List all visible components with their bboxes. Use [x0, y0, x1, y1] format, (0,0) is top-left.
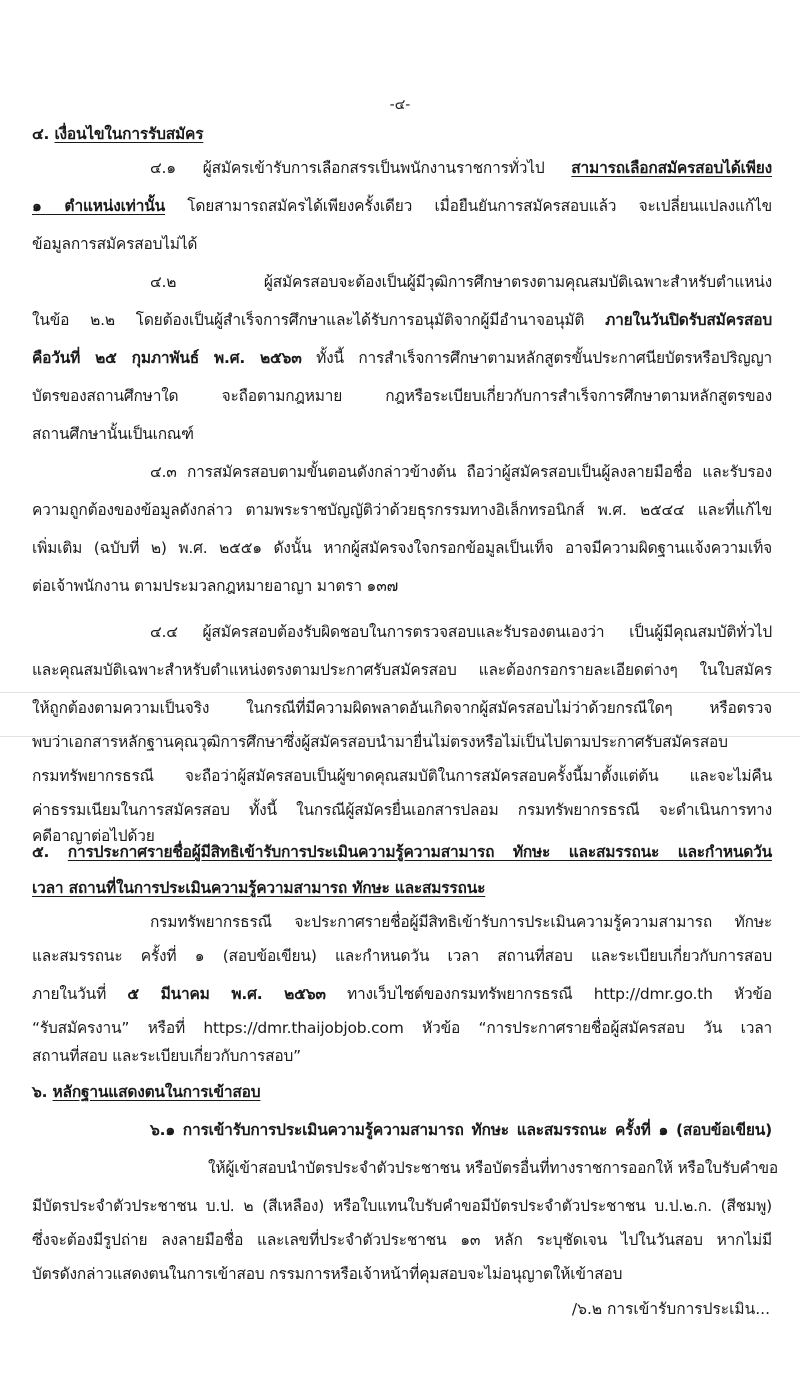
paragraph-6-1-line: บัตรดังกล่าวแสดงตนในการเข้าสอบ กรรมการหร…: [32, 1264, 622, 1284]
section-5-heading: ๕. การประกาศรายชื่อผู้มีสิทธิเข้ารับการป…: [32, 842, 772, 862]
paragraph-4-1-line: ๔.๑ ผู้สมัครเข้ารับการเลือกสรรเป็นพนักงา…: [150, 158, 772, 178]
paragraph-6-1-line: มีบัตรประจำตัวประชาชน บ.ป. ๒ (สีเหลือง) …: [32, 1196, 772, 1216]
paragraph-4-4-line: ค่าธรรมเนียมในการสมัครสอบ ทั้งนี้ ในกรณี…: [32, 800, 772, 820]
text-run: ทั้งนี้ การสำเร็จการศึกษาตามหลักสูตรขั้น…: [302, 349, 772, 367]
document-page: -๔- ๔. เงื่อนไขในการรับสมัคร ๔.๑ ผู้สมัค…: [0, 0, 800, 1389]
paragraph-6-1-line: ให้ผู้เข้าสอบนำบัตรประจำตัวประชาชน หรือบ…: [208, 1158, 772, 1178]
paragraph-4-3-line: ความถูกต้องของข้อมูลดังกล่าว ตามพระราชบั…: [32, 500, 772, 520]
emphasis-text: ๕ มีนาคม พ.ศ. ๒๕๖๓: [127, 985, 325, 1003]
section-6-title: หลักฐานแสดงตนในการเข้าสอบ: [53, 1083, 261, 1101]
paragraph-4-1-line: ข้อมูลการสมัครสอบไม่ได้: [32, 234, 197, 254]
paragraph-4-4-line: และคุณสมบัติเฉพาะสำหรับตำแหน่งตรงตามประก…: [32, 660, 772, 680]
paragraph-4-3-line: เพิ่มเติม (ฉบับที่ ๒) พ.ศ. ๒๕๕๑ ดังนั้น …: [32, 538, 772, 558]
paragraph-4-4-line: พบว่าเอกสารหลักฐานคุณวุฒิการศึกษาซึ่งผู้…: [32, 732, 772, 752]
paragraph-5-line: ภายในวันที่ ๕ มีนาคม พ.ศ. ๒๕๖๓ ทางเว็บไซ…: [32, 984, 772, 1004]
page-number: -๔-: [0, 94, 800, 116]
emphasis-text: คือวันที่ ๒๕ กุมภาพันธ์ พ.ศ. ๒๕๖๓: [32, 349, 302, 367]
paragraph-5-line: และสมรรถนะ ครั้งที่ ๑ (สอบข้อเขียน) และก…: [32, 946, 772, 966]
section-5-number: ๕.: [32, 843, 49, 861]
text-run: ในข้อ ๒.๒ โดยต้องเป็นผู้สำเร็จการศึกษาแล…: [32, 311, 605, 329]
paragraph-4-4-line: กรมทรัพยากรธรณี จะถือว่าผู้สมัครสอบเป็นผ…: [32, 766, 772, 786]
section-5-title: การประกาศรายชื่อผู้มีสิทธิเข้ารับการประเ…: [68, 843, 772, 861]
emphasis-text: ๑ ตำแหน่งเท่านั้น: [32, 197, 165, 215]
paragraph-4-2-line: สถานศึกษานั้นเป็นเกณฑ์: [32, 424, 194, 444]
section-4-title: เงื่อนไขในการรับสมัคร: [54, 125, 203, 143]
section-6-number: ๖.: [32, 1083, 47, 1101]
text-run: โดยสามารถสมัครได้เพียงครั้งเดียว เมื่อยื…: [165, 197, 772, 215]
section-4-heading: ๔. เงื่อนไขในการรับสมัคร: [32, 124, 203, 144]
scan-artifact-line: [0, 692, 800, 693]
paragraph-4-4-line: ๔.๔ ผู้สมัครสอบต้องรับผิดชอบในการตรวจสอบ…: [150, 622, 772, 642]
section-5-title-cont: เวลา สถานที่ในการประเมินความรู้ความสามาร…: [32, 879, 485, 897]
paragraph-6-1-line: ซึ่งจะต้องมีรูปถ่าย ลงลายมือชื่อ และเลขท…: [32, 1230, 772, 1250]
paragraph-4-2-line: บัตรของสถานศึกษาใด จะถือตามกฎหมาย กฎหรือ…: [32, 386, 772, 406]
text-run: ภายในวันที่: [32, 985, 127, 1003]
section-6-heading: ๖. หลักฐานแสดงตนในการเข้าสอบ: [32, 1082, 260, 1102]
section-5-heading-cont: เวลา สถานที่ในการประเมินความรู้ความสามาร…: [32, 878, 485, 898]
paragraph-4-3-line: ต่อเจ้าพนักงาน ตามประมวลกฎหมายอาญา มาตรา…: [32, 576, 398, 596]
next-page-reference: /๖.๒ การเข้ารับการประเมิน...: [572, 1296, 770, 1321]
paragraph-4-2-line: ในข้อ ๒.๒ โดยต้องเป็นผู้สำเร็จการศึกษาแล…: [32, 310, 772, 330]
paragraph-4-1-line: ๑ ตำแหน่งเท่านั้น โดยสามารถสมัครได้เพียง…: [32, 196, 772, 216]
paragraph-4-2-line: ๔.๒ ผู้สมัครสอบจะต้องเป็นผู้มีวุฒิการศึก…: [150, 272, 772, 292]
paragraph-4-3-line: ๔.๓ การสมัครสอบตามขั้นตอนดังกล่าวข้างต้น…: [150, 462, 772, 482]
paragraph-5-line: กรมทรัพยากรธรณี จะประกาศรายชื่อผู้มีสิทธ…: [150, 912, 772, 932]
subsection-6-1-title: ๖.๑ การเข้ารับการประเมินความรู้ความสามาร…: [150, 1120, 772, 1140]
paragraph-4-4-line: ให้ถูกต้องตามความเป็นจริง ในกรณีที่มีควา…: [32, 698, 772, 718]
text-run: ๔.๑ ผู้สมัครเข้ารับการเลือกสรรเป็นพนักงา…: [150, 159, 571, 177]
paragraph-5-line: “รับสมัครงาน” หรือที่ https://dmr.thaijo…: [32, 1018, 772, 1038]
paragraph-5-line: สถานที่สอบ และระเบียบเกี่ยวกับการสอบ”: [32, 1046, 301, 1066]
paragraph-4-2-line: คือวันที่ ๒๕ กุมภาพันธ์ พ.ศ. ๒๕๖๓ ทั้งนี…: [32, 348, 772, 368]
text-run: ทางเว็บไซต์ของกรมทรัพยากรธรณี http://dmr…: [326, 985, 772, 1003]
section-4-number: ๔.: [32, 125, 49, 143]
emphasis-text: ภายในวันปิดรับสมัครสอบ: [605, 311, 772, 329]
emphasis-text: สามารถเลือกสมัครสอบได้เพียง: [571, 159, 772, 177]
